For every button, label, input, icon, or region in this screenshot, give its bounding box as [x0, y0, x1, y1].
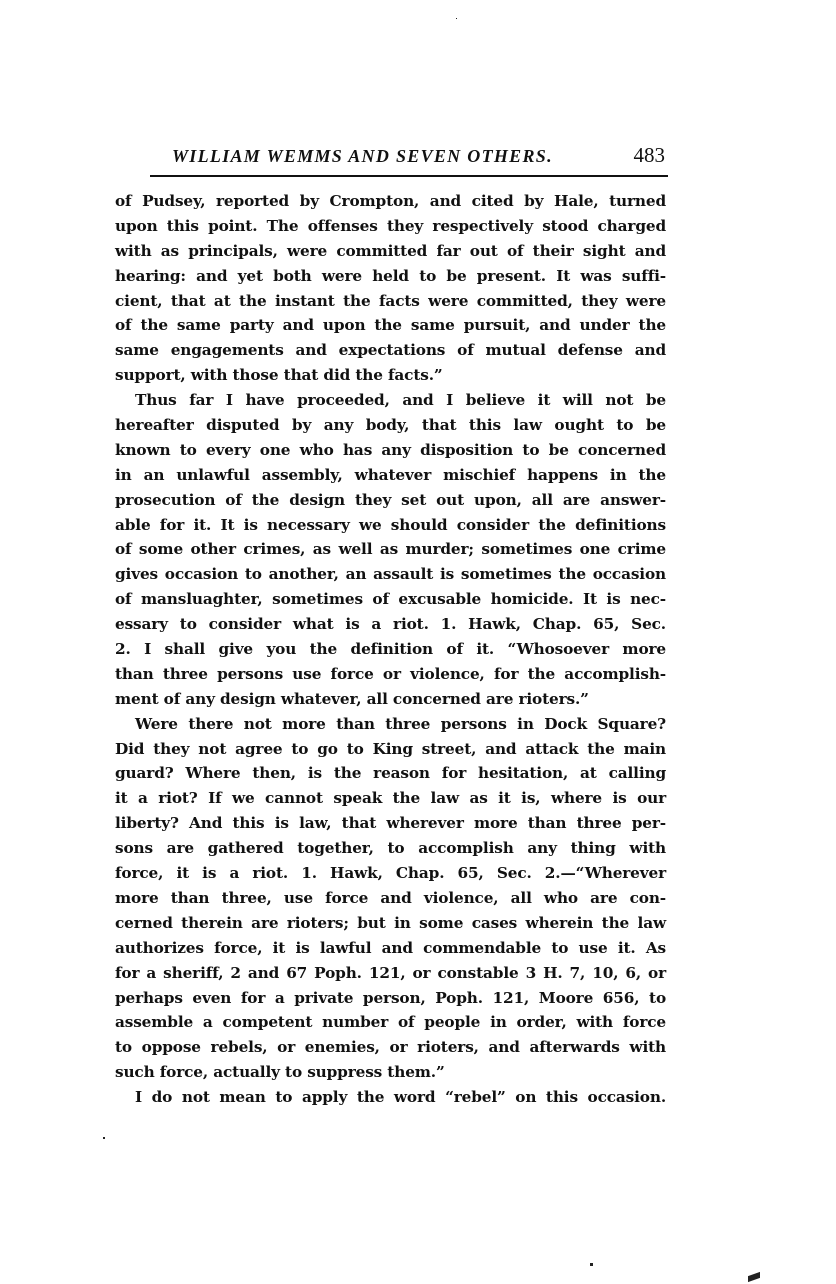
text-line: to oppose rebels, or enemies, or rioters…	[115, 1035, 666, 1060]
text-line: guard? Where then, is the reason for hes…	[115, 761, 666, 786]
text-line: authorizes force, it is lawful and comme…	[115, 936, 666, 961]
paragraph-start-line: Were there not more than three persons i…	[115, 712, 666, 737]
page-number: 483	[634, 143, 666, 168]
text-line: hereafter disputed by any body, that thi…	[115, 413, 666, 438]
document-page: WILLIAM WEMMS AND SEVEN OTHERS. 483 of P…	[0, 0, 836, 1284]
scan-speck	[748, 1272, 760, 1282]
text-line: cient, that at the instant the facts wer…	[115, 289, 666, 314]
text-line: hearing: and yet both were held to be pr…	[115, 264, 666, 289]
paragraph-start-line: Thus far I have proceeded, and I believe…	[115, 388, 666, 413]
text-line: same engagements and expectations of mut…	[115, 338, 666, 363]
paragraph-start-line: I do not mean to apply the word “rebel” …	[115, 1085, 666, 1110]
text-line: essary to consider what is a riot. 1. Ha…	[115, 612, 666, 637]
scan-speck	[456, 18, 457, 19]
text-line: for a sheriff, 2 and 67 Poph. 121, or co…	[115, 961, 666, 986]
text-line: perhaps even for a private person, Poph.…	[115, 986, 666, 1011]
text-line: more than three, use force and violence,…	[115, 886, 666, 911]
text-line: liberty? And this is law, that wherever …	[115, 811, 666, 836]
text-line: assemble a competent number of people in…	[115, 1010, 666, 1035]
text-line: force, it is a riot. 1. Hawk, Chap. 65, …	[115, 861, 666, 886]
page-header: WILLIAM WEMMS AND SEVEN OTHERS. 483	[172, 143, 665, 169]
text-line: of mansluaghter, sometimes of excusable …	[115, 587, 666, 612]
text-line: support, with those that did the facts.”	[115, 363, 666, 388]
text-line: in an unlawful assembly, whatever mischi…	[115, 463, 666, 488]
text-line: Did they not agree to go to King street,…	[115, 737, 666, 762]
text-line: 2. I shall give you the definition of it…	[115, 637, 666, 662]
text-line: upon this point. The offenses they respe…	[115, 214, 666, 239]
scan-speck	[103, 1137, 105, 1139]
text-line: it a riot? If we cannot speak the law as…	[115, 786, 666, 811]
text-line: sons are gathered together, to accomplis…	[115, 836, 666, 861]
text-line: with as principals, were committed far o…	[115, 239, 666, 264]
body-text: of Pudsey, reported by Crompton, and cit…	[115, 189, 666, 1110]
text-line: such force, actually to suppress them.”	[115, 1060, 666, 1085]
text-line: than three persons use force or violence…	[115, 662, 666, 687]
text-line: of Pudsey, reported by Crompton, and cit…	[115, 189, 666, 214]
text-line: able for it. It is necessary we should c…	[115, 513, 666, 538]
text-line: of some other crimes, as well as murder;…	[115, 537, 666, 562]
header-rule	[150, 175, 668, 177]
text-line: gives occasion to another, an assault is…	[115, 562, 666, 587]
running-head: WILLIAM WEMMS AND SEVEN OTHERS.	[172, 146, 553, 167]
text-line: prosecution of the design they set out u…	[115, 488, 666, 513]
text-line: ment of any design whatever, all concern…	[115, 687, 666, 712]
text-line: of the same party and upon the same purs…	[115, 313, 666, 338]
scan-speck	[590, 1263, 593, 1266]
text-line: known to every one who has any dispositi…	[115, 438, 666, 463]
text-line: cerned therein are rioters; but in some …	[115, 911, 666, 936]
